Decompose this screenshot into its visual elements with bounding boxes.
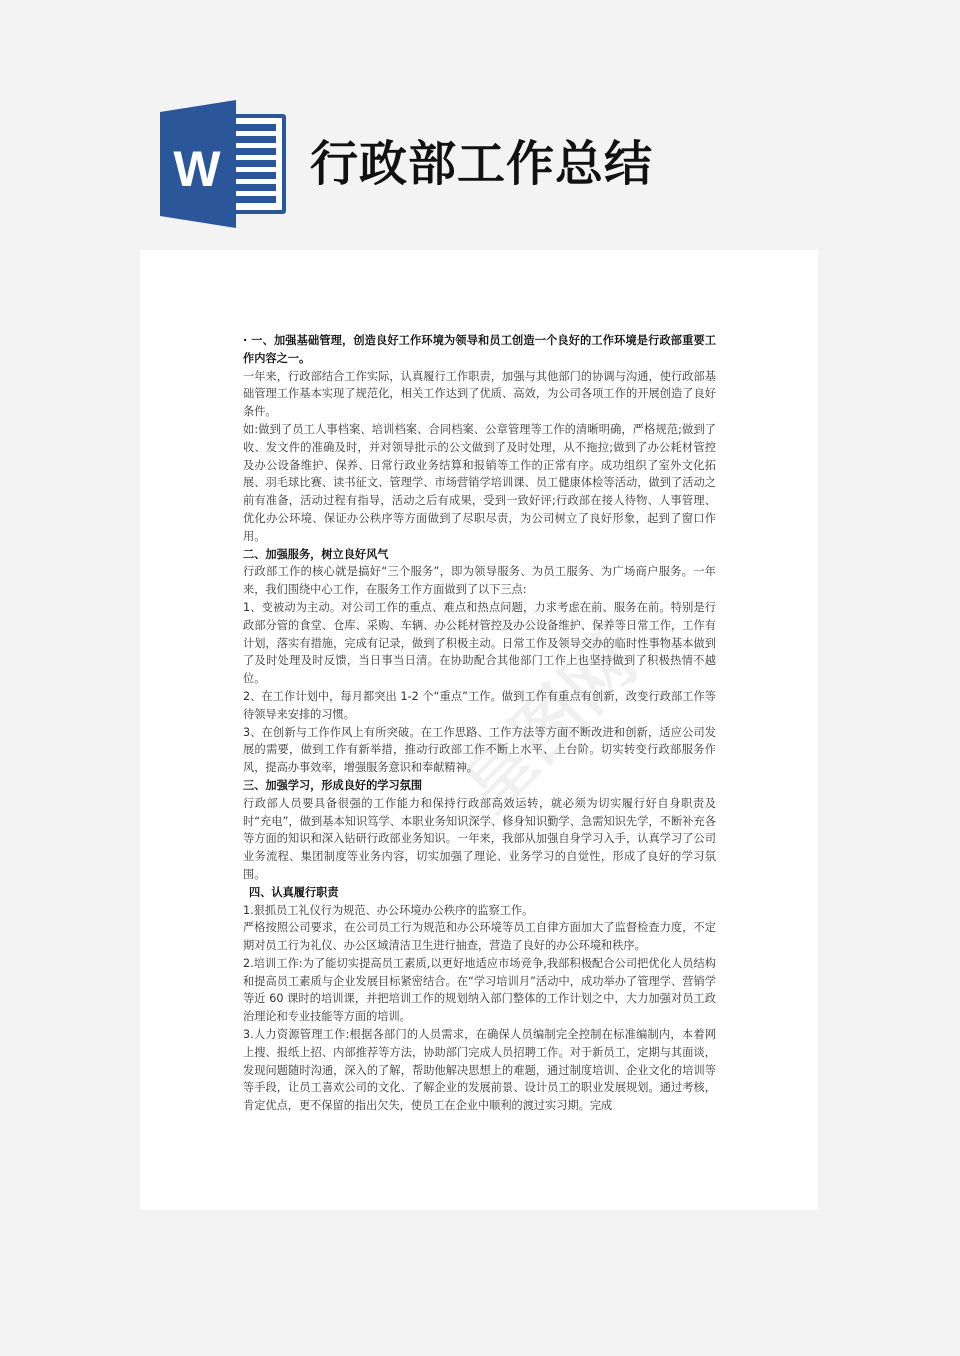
word-document-icon: W [160, 100, 288, 228]
section-heading-1: · 一、加强基础管理，创造良好工作环境为领导和员工创造一个良好的工作环境是行政部… [243, 332, 716, 368]
svg-text:W: W [173, 141, 221, 197]
paragraph: 2、在工作计划中，每月都突出 1-2 个“重点”工作。做到工作有重点有创新，改变… [243, 688, 716, 724]
paragraph: 1、变被动为主动。对公司工作的重点、难点和热点问题，力求考虑在前、服务在前。特别… [243, 599, 716, 688]
paragraph: 一年来，行政部结合工作实际，认真履行工作职责，加强与其他部门的协调与沟通，使行政… [243, 368, 716, 421]
paragraph: 严格按照公司要求，在公司员工行为规范和办公环境等员工自律方面加大了监督检查力度，… [243, 919, 716, 955]
paragraph: 3.人力资源管理工作:根据各部门的人员需求，在确保人员编制完全控制在标准编制内，… [243, 1026, 716, 1115]
document-title: 行政部工作总结 [310, 132, 653, 196]
document-body: · 一、加强基础管理，创造良好工作环境为领导和员工创造一个良好的工作环境是行政部… [243, 332, 716, 1115]
paragraph: 2.培训工作:为了能切实提高员工素质,以更好地适应市场竞争,我部积极配合公司把优… [243, 955, 716, 1026]
header: W 行政部工作总结 [0, 0, 960, 250]
section-heading-4: 四、认真履行职责 [243, 884, 716, 902]
paragraph: 3、在创新与工作作风上有所突破。在工作思路、工作方法等方面不断改进和创新，适应公… [243, 724, 716, 777]
paragraph: 1.狠抓员工礼仪行为规范、办公环境办公秩序的监察工作。 [243, 902, 716, 920]
paragraph: 如:做到了员工人事档案、培训档案、合同档案、公章管理等工作的清晰明确，严格规范;… [243, 421, 716, 546]
paragraph: 行政部人员要具备很强的工作能力和保持行政部高效运转，就必须为切实履行好自身职责及… [243, 795, 716, 884]
paragraph: 行政部工作的核心就是搞好“三个服务”，即为领导服务、为员工服务、为广场商户服务。… [243, 563, 716, 599]
section-heading-2: 二、加强服务，树立良好风气 [243, 546, 716, 564]
section-heading-3: 三、加强学习，形成良好的学习氛围 [243, 777, 716, 795]
document-page: 皇图网 · 一、加强基础管理，创造良好工作环境为领导和员工创造一个良好的工作环境… [140, 250, 818, 1210]
